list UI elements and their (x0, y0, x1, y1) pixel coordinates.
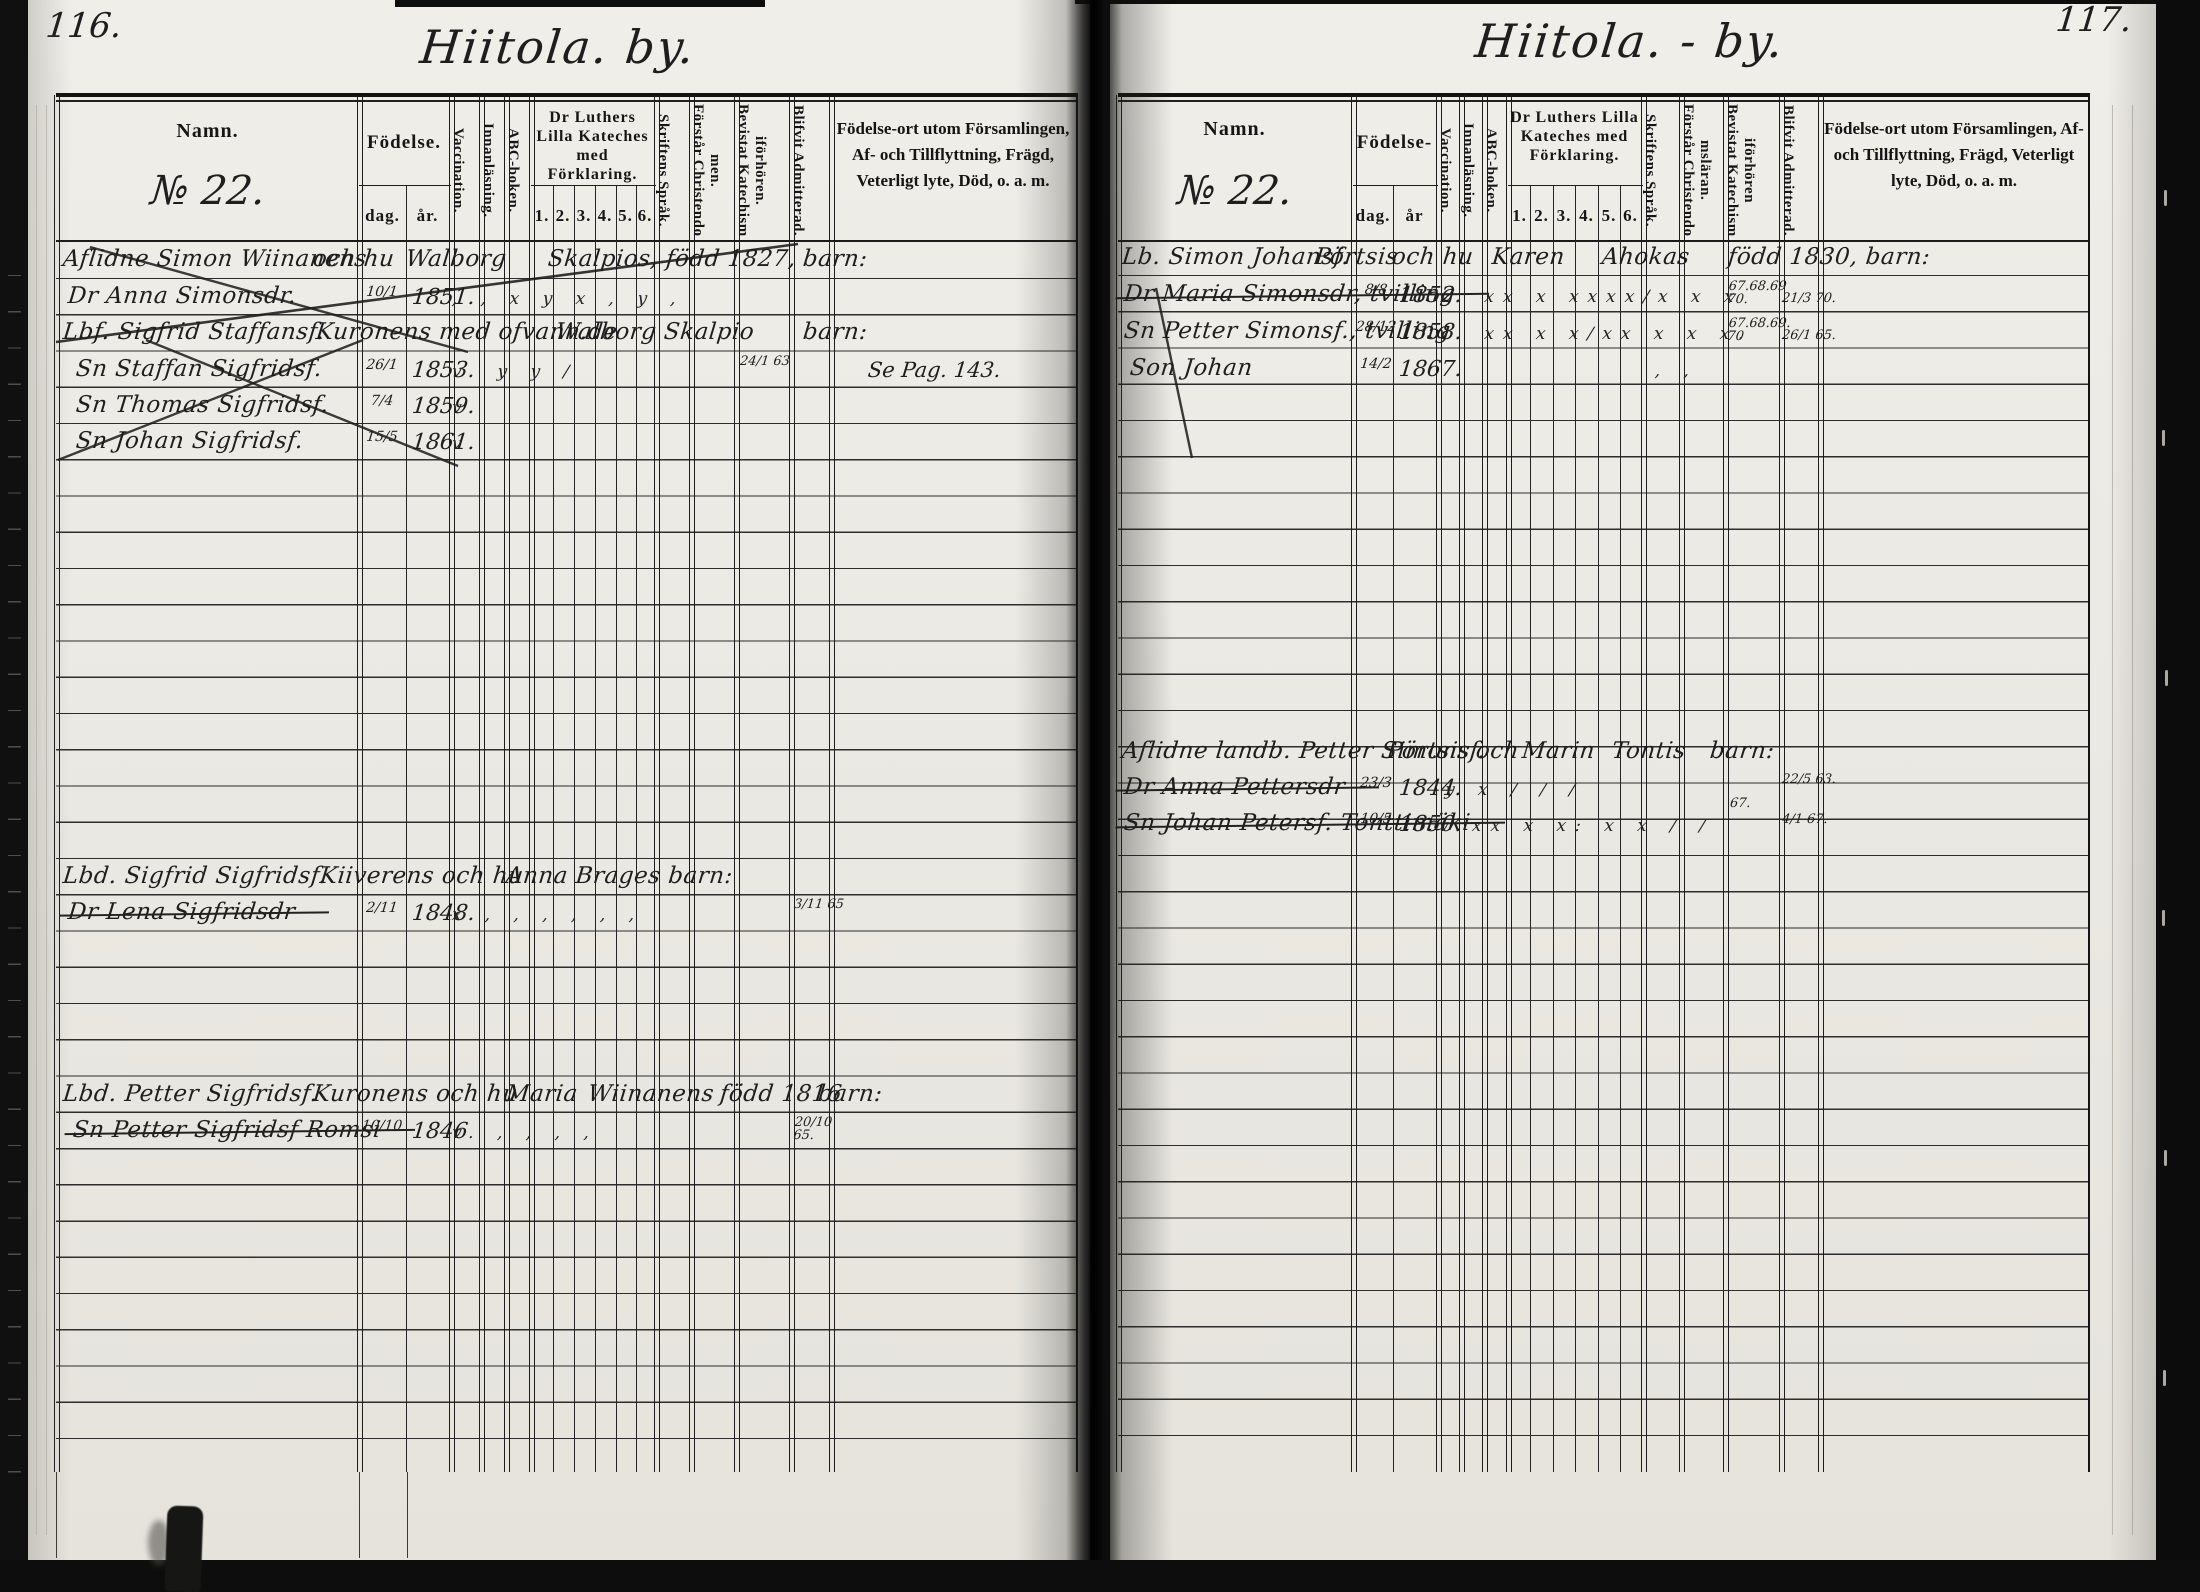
admitted-dates: 4/1 67. (1781, 813, 1836, 826)
top-rule-inner (56, 100, 1078, 102)
header-no22: № 22. (86, 168, 331, 214)
admitted-dates: 26/1 65. (1781, 329, 1836, 342)
person-row: Son Johan 14/2 1867. , , (1110, 352, 2160, 389)
remark-text: Se Pag. 143. (867, 358, 1002, 382)
birth-day: 7/4 (358, 394, 405, 408)
header-fodelse: Födelse. (359, 132, 449, 154)
check-marks: v xx x x: x x / / (1438, 816, 1715, 836)
page-title-left: Hiitola. by. (345, 20, 771, 74)
person-row: Sn Johan Petersf. Tonttimäki 10/5 1850. … (1110, 807, 2160, 844)
header-k5: 5. (1598, 206, 1620, 226)
birth-day: 2/11 (358, 901, 405, 915)
entry-text: Lbf. Sigfrid Staffansf. (62, 319, 326, 345)
bevistat-dates: 67.68.69 70. (1727, 280, 1784, 306)
birth-day: 10/1 (358, 285, 405, 299)
header-namn: Namn. (58, 120, 357, 143)
header-ar: år (1393, 206, 1436, 226)
header-vaccination: Vaccination. (449, 104, 479, 237)
header-skriftens-sprak: Skriftens Språk. (654, 104, 689, 237)
person-row: Dr Maria Simonsdr, tvilling 8/8 1852. v.… (1110, 278, 2160, 315)
person-row: Dr Lena Sigfridsdr 2/11 1848. x , , , , … (28, 896, 1090, 933)
header-k1: 1. (531, 206, 553, 226)
page-edge-line (2112, 105, 2113, 1535)
header-namn: Namn. (1118, 118, 1351, 141)
check-marks: , , x y x , y , (451, 289, 686, 309)
photo-edge-left (0, 0, 28, 1592)
header-k2: 2. (552, 206, 574, 226)
stitch-mark (2164, 190, 2167, 206)
margin-row-dashes (8, 240, 21, 1475)
parish-register-scan: 116. Hiitola. by. (0, 0, 2200, 1592)
header-innanlasning: Innanläsning. (479, 104, 504, 237)
photo-edge-right (2156, 0, 2200, 1592)
page-left: 116. Hiitola. by. (28, 0, 1090, 1560)
header-skriftens-sprak: Skriftens Språk. (1641, 104, 1679, 237)
header-abc-boken: ABC-boken. (1482, 104, 1506, 237)
header-remarks: Födelse-ort utom Församlingen, Af- och T… (1822, 116, 2086, 194)
fodelse-divider (359, 185, 451, 186)
entry-text: Lbd. Sigfrid Sigfridsf. (62, 863, 329, 889)
check-marks: v. y y / (451, 362, 579, 382)
person-row: Sn Petter Simonsf., tvilling 28/12 1858.… (1110, 315, 2160, 352)
entry-text: barn: (802, 319, 869, 345)
person-name: Dr Anna Pettersdr (1123, 774, 1347, 800)
birth-day: 14/2 (1352, 357, 1399, 371)
stitch-mark (2163, 1370, 2166, 1386)
header-forstar-christendomslaran: Förstår Christendomsläran. (1679, 104, 1723, 237)
person-row: Sn Thomas Sigfridsf. 7/4 1859. v. (28, 389, 1090, 426)
header-dag: dag. (1353, 206, 1393, 226)
admitted-dates: 22/5 63. (1781, 773, 1836, 786)
entry-text: och (1475, 738, 1521, 764)
header-k3: 3. (1553, 206, 1575, 226)
header-ar: år. (406, 206, 449, 226)
top-shadow-strip (395, 0, 765, 7)
entry-text: Walborg (555, 319, 658, 345)
bevistat-dates: 67. (1729, 797, 1784, 810)
header-katekes: Dr Luthers Lilla Kateches med Förklaring… (531, 108, 654, 184)
check-marks: v (451, 434, 472, 454)
header-k6: 6. (635, 206, 655, 226)
fodelse-divider (1353, 185, 1438, 186)
stitch-mark (2164, 1150, 2167, 1166)
entry-text: Lbd. Petter Sigfridsf. (62, 1081, 320, 1107)
book-binding (1066, 0, 1122, 1560)
family-row: Aflidne landb. Petter Simonsf. Pörtsis o… (1110, 735, 2160, 772)
birth-day: 10/10 (358, 1119, 405, 1133)
entry-text: och hu (1391, 244, 1475, 270)
person-name: Sn Johan Sigfridsf. (75, 428, 305, 454)
person-name: Sn Petter Sigfridsf Romsi (72, 1117, 383, 1143)
top-rule (1118, 93, 2090, 97)
family-row: Lbf. Sigfrid Staffansf. Kuronens med ofv… (28, 316, 1090, 353)
entry-text: Pörtsis (1386, 738, 1472, 764)
header-admitterad: Blifvit Admitterad. (789, 104, 829, 237)
check-marks: v. , , , , (451, 1123, 599, 1143)
underpage-edge-line (46, 105, 47, 1535)
check-marks: v. xx x xxxx/x x x (1438, 287, 1744, 307)
header-forstar-christendomen: Förstår Christendomen. (689, 104, 734, 237)
underpage-edge-line (36, 105, 37, 1535)
person-name: Sn Staffan Sigfridsf. (75, 356, 324, 382)
stitch-mark (2162, 430, 2165, 446)
person-row: Sn Petter Sigfridsf Romsi 10/10 1846 v. … (28, 1114, 1090, 1151)
person-row: Dr Anna Pettersdr 23/3 1844. y x / / / 2… (1110, 771, 2160, 808)
page-title-right: Hiitola. - by. (1427, 14, 1833, 68)
header-fodelse: Födelse- (1353, 132, 1436, 154)
header-k6: 6. (1620, 206, 1641, 226)
entry-text: Wiinanens (587, 1081, 716, 1107)
person-name: Dr Lena Sigfridsdr (67, 899, 297, 925)
check-marks: v. (451, 398, 484, 418)
birth-year: 1867. (1398, 357, 1464, 382)
header-bevistat: Bevistat Katechismiförhören. (734, 104, 789, 237)
header-k2: 2. (1530, 206, 1553, 226)
birth-day: 28/12 (1352, 320, 1399, 334)
entry-text: Karen (1491, 244, 1567, 270)
top-rule-inner (1118, 100, 2090, 102)
entry-text: född 1830, barn: (1727, 244, 1932, 270)
person-row: Sn Johan Sigfridsf. 15/5 1861. v (28, 425, 1090, 462)
check-marks: x , , , , , , (451, 905, 645, 925)
family-row: Aflidne Simon Wiinanens och hu Walborg S… (28, 243, 1090, 280)
check-marks: v. xx x x/xx x x x. (1438, 324, 1754, 344)
katekes-divider (531, 185, 656, 186)
header-admitterad: Blifvit Admitterad. (1779, 104, 1818, 237)
bevistat-dates: 24/1 63 (739, 355, 794, 368)
admitted-dates: 3/11 65 (793, 898, 848, 911)
entry-text: barn: (1709, 738, 1776, 764)
entry-text: Anna Brages barn: (505, 863, 735, 889)
entry-text: Tontis (1611, 738, 1687, 764)
page-number-left: 116. (44, 6, 124, 46)
entry-text: och hu (312, 246, 396, 272)
header-katekes: Dr Luthers Lilla Kateches med Förklaring… (1508, 108, 1641, 165)
header-bevistat: Bevistat Katechismiförhören (1723, 104, 1779, 237)
birth-day: 23/3 (1352, 776, 1399, 790)
book-clasp (165, 1505, 204, 1592)
entry-text: Maria (505, 1081, 580, 1107)
admitted-dates: 21/3 70. (1781, 292, 1836, 305)
family-row: Lbd. Petter Sigfridsf. Kuronens och hu M… (28, 1078, 1090, 1115)
vline-extension (56, 1472, 57, 1558)
page-right: 117. Hiitola. - by. Nam (1110, 0, 2160, 1560)
entry-text: barn: (817, 1081, 884, 1107)
entry-text: barn: (802, 246, 869, 272)
stitch-mark (2165, 670, 2168, 686)
header-k1: 1. (1508, 206, 1531, 226)
bevistat-dates: 67.68.69. 70 (1727, 317, 1784, 343)
stitch-mark (2162, 910, 2165, 926)
entry-text: Kuronens och hu (312, 1081, 519, 1107)
person-row: Sn Staffan Sigfridsf. 26/1 1853. v. y y … (28, 353, 1090, 390)
birth-day: 10/5 (1352, 812, 1399, 826)
entry-text: Kiiverens och hu (319, 863, 525, 889)
person-name: Son Johan (1129, 355, 1254, 381)
bottom-shadow-band (0, 1560, 2200, 1592)
page-edge-line (2132, 105, 2133, 1535)
header-remarks: Födelse-ort utom Församlingen, Af- och T… (833, 116, 1073, 194)
vline-extension (359, 1472, 360, 1558)
header-innanlasning: Innanläsning. (1459, 104, 1482, 237)
top-rule (56, 93, 1078, 97)
birth-day: 15/5 (358, 430, 405, 444)
header-abc-boken: ABC-boken. (504, 104, 529, 237)
entry-text: Skalpio (663, 319, 756, 345)
family-row: Lb. Simon Johansf. Pörtsis och hu Karen … (1110, 241, 2160, 278)
vline-extension (407, 1472, 408, 1558)
header-dag: dag. (359, 206, 406, 226)
entry-text: Walborg (405, 246, 508, 272)
person-name: Dr Anna Simonsdr. (67, 283, 298, 309)
check-marks: y x / / / (1444, 780, 1585, 800)
header-k5: 5. (615, 206, 636, 226)
person-name: Sn Thomas Sigfridsf. (75, 392, 330, 418)
entry-text: Skalpios, född 1827, (547, 246, 798, 272)
birth-day: 8/8 (1352, 283, 1399, 297)
entry-text: Marin (1521, 738, 1597, 764)
header-bottom-rule (56, 240, 1078, 242)
header-vaccination: Vaccination. (1436, 104, 1459, 237)
check-marks: , , (1654, 361, 1699, 381)
birth-day: 26/1 (358, 358, 405, 372)
entry-text: Pörtsis (1314, 244, 1400, 270)
entry-text: Ahokas (1601, 244, 1691, 270)
header-k4: 4. (1575, 206, 1598, 226)
header-k3: 3. (573, 206, 595, 226)
top-shadow-strip (1075, 0, 2160, 4)
family-row: Lbd. Sigfrid Sigfridsf. Kiiverens och hu… (28, 860, 1090, 897)
header-no22: № 22. (1133, 168, 1338, 214)
admitted-dates: 20/10 65. (793, 1116, 850, 1142)
page-number-right: 117. (2054, 0, 2134, 40)
person-row: Dr Anna Simonsdr. 10/1 1851. , , x y x ,… (28, 280, 1090, 317)
row-lines (1118, 240, 2090, 1470)
header-k4: 4. (594, 206, 616, 226)
